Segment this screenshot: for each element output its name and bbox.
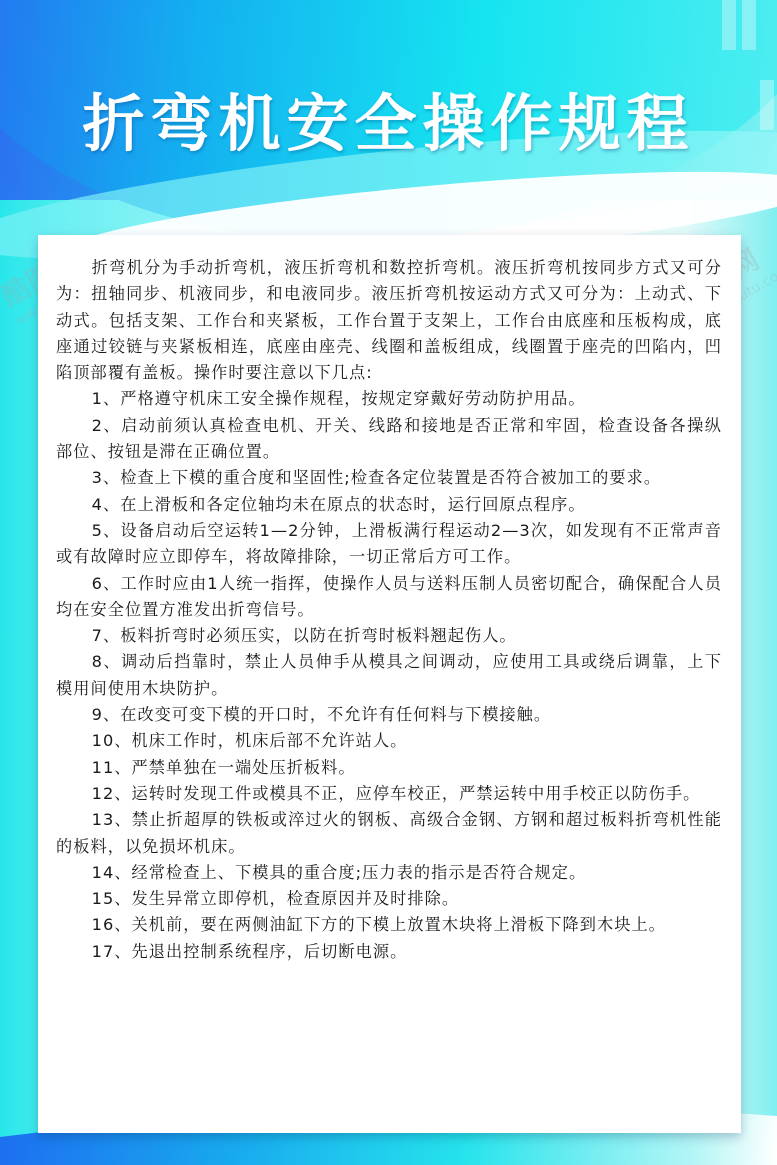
rule-item: 8、调动后挡靠时，禁止人员伸手从模具之间调动，应使用工具或绕后调靠，上下模用间使… — [56, 649, 722, 702]
rule-item: 17、先退出控制系统程序，后切断电源。 — [56, 939, 722, 965]
decorative-bar — [742, 0, 756, 50]
intro-paragraph: 折弯机分为手动折弯机，液压折弯机和数控折弯机。液压折弯机按同步方式又可分为：扭轴… — [56, 255, 722, 386]
poster-title: 折弯机安全操作规程 — [0, 74, 777, 163]
rule-item: 4、在上滑板和各定位轴均未在原点的状态时，运行回原点程序。 — [56, 492, 722, 518]
rule-item: 9、在改变可变下模的开口时，不允许有任何料与下模接触。 — [56, 702, 722, 728]
content-panel: 折弯机分为手动折弯机，液压折弯机和数控折弯机。液压折弯机按同步方式又可分为：扭轴… — [38, 235, 741, 1133]
rule-item: 12、运转时发现工件或模具不正，应停车校正，严禁运转中用手校正以防伤手。 — [56, 781, 722, 807]
rule-item: 3、检查上下模的重合度和坚固性;检查各定位装置是否符合被加工的要求。 — [56, 465, 722, 491]
safety-poster: 折弯机安全操作规程 酷图网www.ikutu.com 酷图网www.ikutu.… — [0, 0, 777, 1165]
rule-item: 6、工作时应由1人统一指挥，使操作人员与送料压制人员密切配合，确保配合人员均在安… — [56, 571, 722, 624]
rules-content: 折弯机分为手动折弯机，液压折弯机和数控折弯机。液压折弯机按同步方式又可分为：扭轴… — [56, 255, 722, 965]
rule-item: 11、严禁单独在一端处压折板料。 — [56, 755, 722, 781]
rule-item: 15、发生异常立即停机，检查原因并及时排除。 — [56, 886, 722, 912]
rule-item: 7、板料折弯时必须压实，以防在折弯时板料翘起伤人。 — [56, 623, 722, 649]
rule-item: 16、关机前，要在两侧油缸下方的下模上放置木块将上滑板下降到木块上。 — [56, 912, 722, 938]
decorative-bar — [722, 0, 736, 50]
rule-item: 5、设备启动后空运转1—2分钟，上滑板满行程运动2—3次，如发现有不正常声音或有… — [56, 518, 722, 571]
rule-item: 13、禁止折超厚的铁板或淬过火的钢板、高级合金钢、方钢和超过板料折弯机性能的板料… — [56, 807, 722, 860]
rule-item: 1、严格遵守机床工安全操作规程，按规定穿戴好劳动防护用品。 — [56, 386, 722, 412]
rule-item: 10、机床工作时，机床后部不允许站人。 — [56, 728, 722, 754]
rule-item: 14、经常检查上、下模具的重合度;压力表的指示是否符合规定。 — [56, 860, 722, 886]
rule-item: 2、启动前须认真检查电机、开关、线路和接地是否正常和牢固，检查设备各操纵部位、按… — [56, 413, 722, 466]
